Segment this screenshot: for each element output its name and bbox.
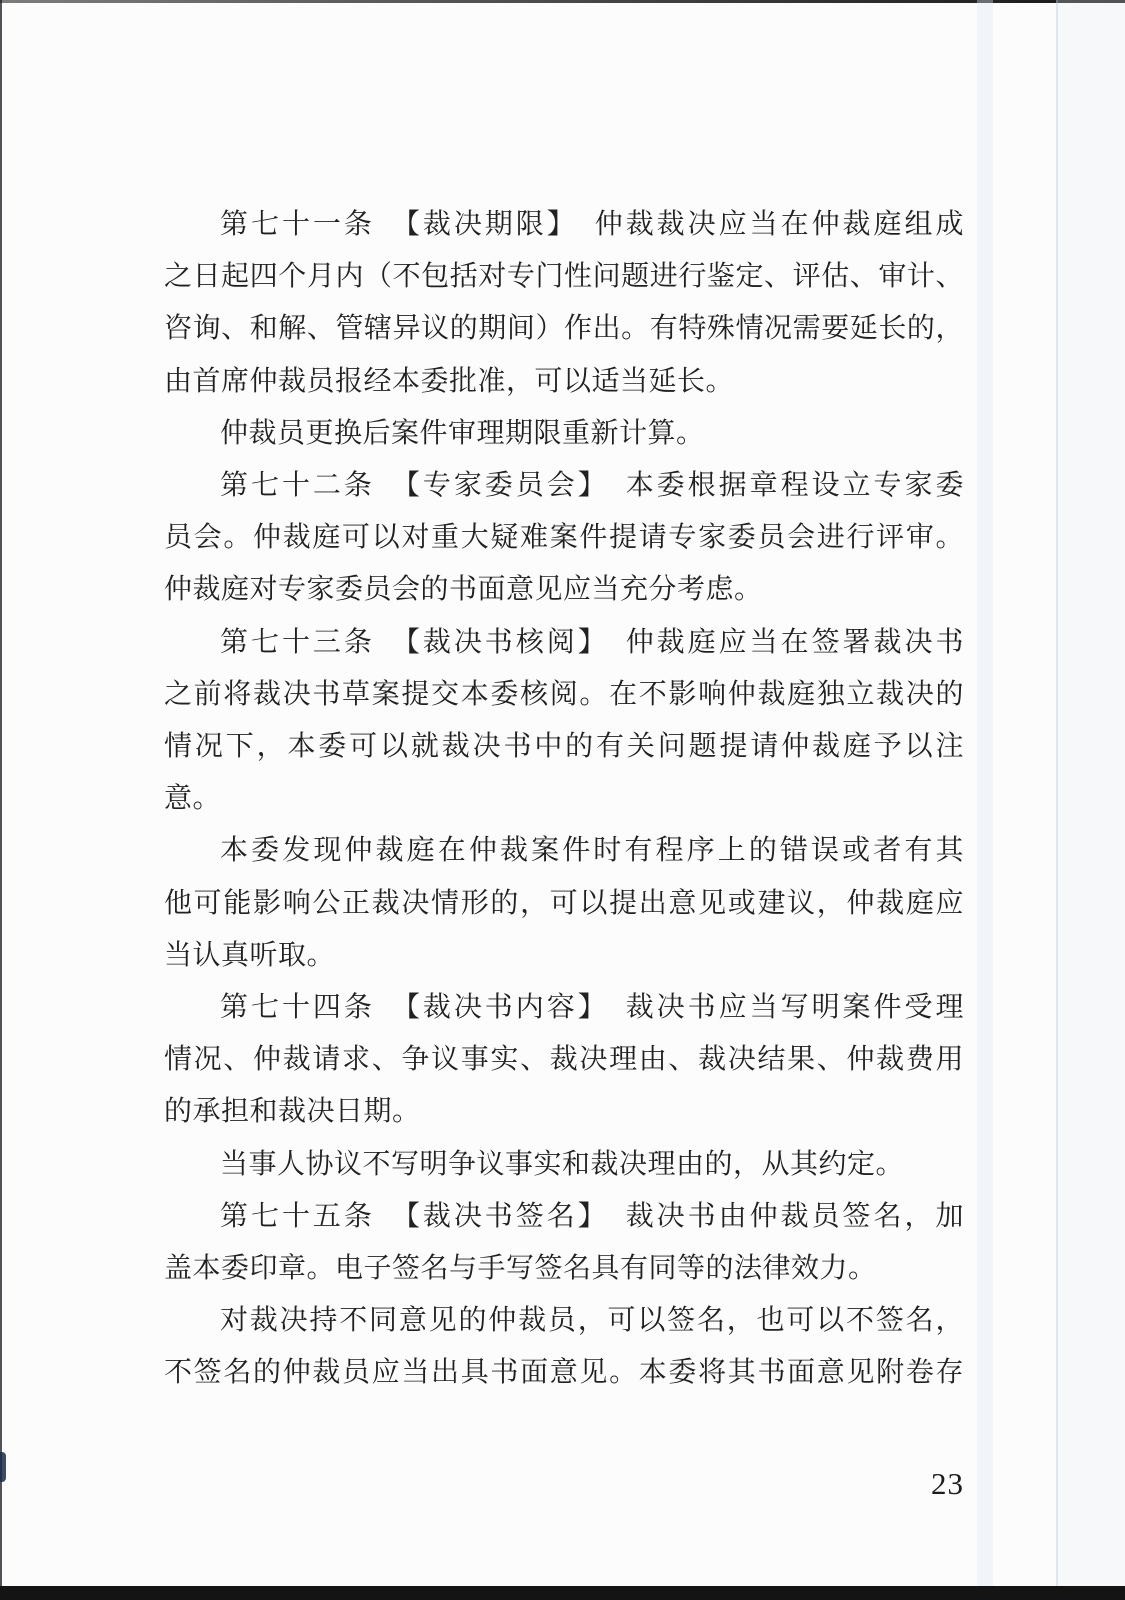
text-line: 第七十一条 【裁决期限】 仲裁裁决应当在仲裁庭组成 [164,199,964,251]
text-line: 他可能影响公正裁决情形的，可以提出意见或建议，仲裁庭应 [164,878,964,930]
text-line: 第七十二条 【专家委员会】 本委根据章程设立专家委 [164,460,964,512]
text-line: 情况下，本委可以就裁决书中的有关问题提请仲裁庭予以注 [164,721,964,773]
scan-mark [0,1452,6,1482]
scan-edge-top [0,0,1125,3]
text-line: 第七十五条 【裁决书签名】 裁决书由仲裁员签名，加 [164,1191,964,1243]
page-number: 23 [931,1466,964,1502]
text-line: 盖本委印章。电子签名与手写签名具有同等的法律效力。 [164,1243,964,1295]
document-page: 第七十一条 【裁决期限】 仲裁裁决应当在仲裁庭组成之日起四个月内（不包括对专门性… [0,0,1125,1600]
text-line: 员会。仲裁庭可以对重大疑难案件提请专家委员会进行评审。 [164,512,964,564]
text-line: 之日起四个月内（不包括对专门性问题进行鉴定、评估、审计、 [164,251,964,303]
text-line: 情况、仲裁请求、争议事实、裁决理由、裁决结果、仲裁费用 [164,1034,964,1086]
text-line: 不签名的仲裁员应当出具书面意见。本委将其书面意见附卷存 [164,1347,964,1399]
scan-tint-right [1058,0,1125,1600]
text-line: 咨询、和解、管辖异议的期间）作出。有特殊情况需要延长的， [164,303,964,355]
text-line: 当事人协议不写明争议事实和裁决理由的，从其约定。 [164,1139,964,1191]
text-block: 第七十一条 【裁决期限】 仲裁裁决应当在仲裁庭组成之日起四个月内（不包括对专门性… [164,199,964,1400]
scan-edge-left [0,0,2,1600]
text-line: 对裁决持不同意见的仲裁员，可以签名，也可以不签名， [164,1295,964,1347]
text-line: 第七十三条 【裁决书核阅】 仲裁庭应当在签署裁决书 [164,617,964,669]
text-line: 的承担和裁决日期。 [164,1086,964,1138]
scan-edge-bottom [0,1586,1125,1600]
text-line: 仲裁庭对专家委员会的书面意见应当充分考虑。 [164,564,964,616]
text-line: 由首席仲裁员报经本委批准，可以适当延长。 [164,356,964,408]
text-line: 第七十四条 【裁决书内容】 裁决书应当写明案件受理 [164,982,964,1034]
scan-streak [977,0,993,1600]
text-line: 之前将裁决书草案提交本委核阅。在不影响仲裁庭独立裁决的 [164,669,964,721]
text-line: 意。 [164,773,964,825]
text-line: 本委发现仲裁庭在仲裁案件时有程序上的错误或者有其 [164,825,964,877]
scan-streak [1056,0,1058,1600]
text-line: 仲裁员更换后案件审理期限重新计算。 [164,408,964,460]
text-line: 当认真听取。 [164,930,964,982]
